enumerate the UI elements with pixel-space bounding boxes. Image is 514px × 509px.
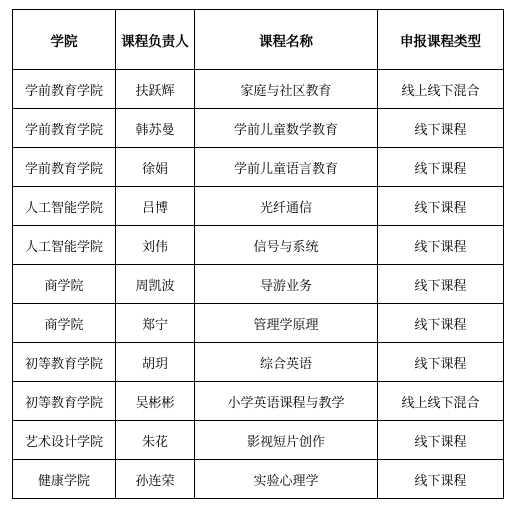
cell-college: 健康学院 — [13, 460, 116, 499]
header-course-name: 课程名称 — [195, 10, 378, 70]
table-row: 初等教育学院吴彬彬小学英语课程与教学线上线下混合 — [13, 382, 504, 421]
cell-course-lead: 孙连荣 — [116, 460, 195, 499]
cell-course-type: 线上线下混合 — [378, 70, 504, 109]
cell-course-name: 信号与系统 — [195, 226, 378, 265]
header-college: 学院 — [13, 10, 116, 70]
cell-course-lead: 吕博 — [116, 187, 195, 226]
course-table: 学院 课程负责人 课程名称 申报课程类型 学前教育学院扶跃辉家庭与社区教育线上线… — [12, 9, 504, 499]
cell-college: 人工智能学院 — [13, 226, 116, 265]
cell-course-lead: 朱花 — [116, 421, 195, 460]
cell-college: 商学院 — [13, 265, 116, 304]
cell-course-lead: 徐娟 — [116, 148, 195, 187]
cell-course-type: 线下课程 — [378, 109, 504, 148]
table-row: 学前教育学院韩苏曼学前儿童数学教育线下课程 — [13, 109, 504, 148]
cell-course-type: 线下课程 — [378, 265, 504, 304]
cell-course-name: 小学英语课程与教学 — [195, 382, 378, 421]
cell-course-type: 线下课程 — [378, 226, 504, 265]
table-row: 初等教育学院胡玥综合英语线下课程 — [13, 343, 504, 382]
cell-college: 初等教育学院 — [13, 343, 116, 382]
cell-course-lead: 韩苏曼 — [116, 109, 195, 148]
cell-course-lead: 吴彬彬 — [116, 382, 195, 421]
table-row: 人工智能学院吕博光纤通信线下课程 — [13, 187, 504, 226]
table-row: 健康学院孙连荣实验心理学线下课程 — [13, 460, 504, 499]
cell-course-lead: 胡玥 — [116, 343, 195, 382]
cell-course-name: 光纤通信 — [195, 187, 378, 226]
cell-course-lead: 郑宁 — [116, 304, 195, 343]
cell-course-name: 管理学原理 — [195, 304, 378, 343]
header-course-type: 申报课程类型 — [378, 10, 504, 70]
cell-course-name: 学前儿童数学教育 — [195, 109, 378, 148]
cell-college: 学前教育学院 — [13, 148, 116, 187]
cell-college: 学前教育学院 — [13, 109, 116, 148]
cell-course-lead: 扶跃辉 — [116, 70, 195, 109]
cell-college: 学前教育学院 — [13, 70, 116, 109]
cell-course-name: 实验心理学 — [195, 460, 378, 499]
cell-course-type: 线上线下混合 — [378, 382, 504, 421]
cell-course-name: 影视短片创作 — [195, 421, 378, 460]
cell-course-lead: 周凯波 — [116, 265, 195, 304]
cell-college: 初等教育学院 — [13, 382, 116, 421]
cell-course-name: 家庭与社区教育 — [195, 70, 378, 109]
cell-course-name: 综合英语 — [195, 343, 378, 382]
cell-college: 艺术设计学院 — [13, 421, 116, 460]
header-row: 学院 课程负责人 课程名称 申报课程类型 — [13, 10, 504, 70]
table-row: 商学院郑宁管理学原理线下课程 — [13, 304, 504, 343]
cell-course-type: 线下课程 — [378, 421, 504, 460]
cell-course-type: 线下课程 — [378, 460, 504, 499]
header-course-lead: 课程负责人 — [116, 10, 195, 70]
table-row: 艺术设计学院朱花影视短片创作线下课程 — [13, 421, 504, 460]
cell-course-type: 线下课程 — [378, 343, 504, 382]
cell-college: 人工智能学院 — [13, 187, 116, 226]
cell-course-lead: 刘伟 — [116, 226, 195, 265]
table-row: 学前教育学院徐娟学前儿童语言教育线下课程 — [13, 148, 504, 187]
cell-course-type: 线下课程 — [378, 148, 504, 187]
table-row: 人工智能学院刘伟信号与系统线下课程 — [13, 226, 504, 265]
table-row: 商学院周凯波导游业务线下课程 — [13, 265, 504, 304]
cell-college: 商学院 — [13, 304, 116, 343]
table-row: 学前教育学院扶跃辉家庭与社区教育线上线下混合 — [13, 70, 504, 109]
cell-course-name: 学前儿童语言教育 — [195, 148, 378, 187]
cell-course-name: 导游业务 — [195, 265, 378, 304]
cell-course-type: 线下课程 — [378, 187, 504, 226]
cell-course-type: 线下课程 — [378, 304, 504, 343]
